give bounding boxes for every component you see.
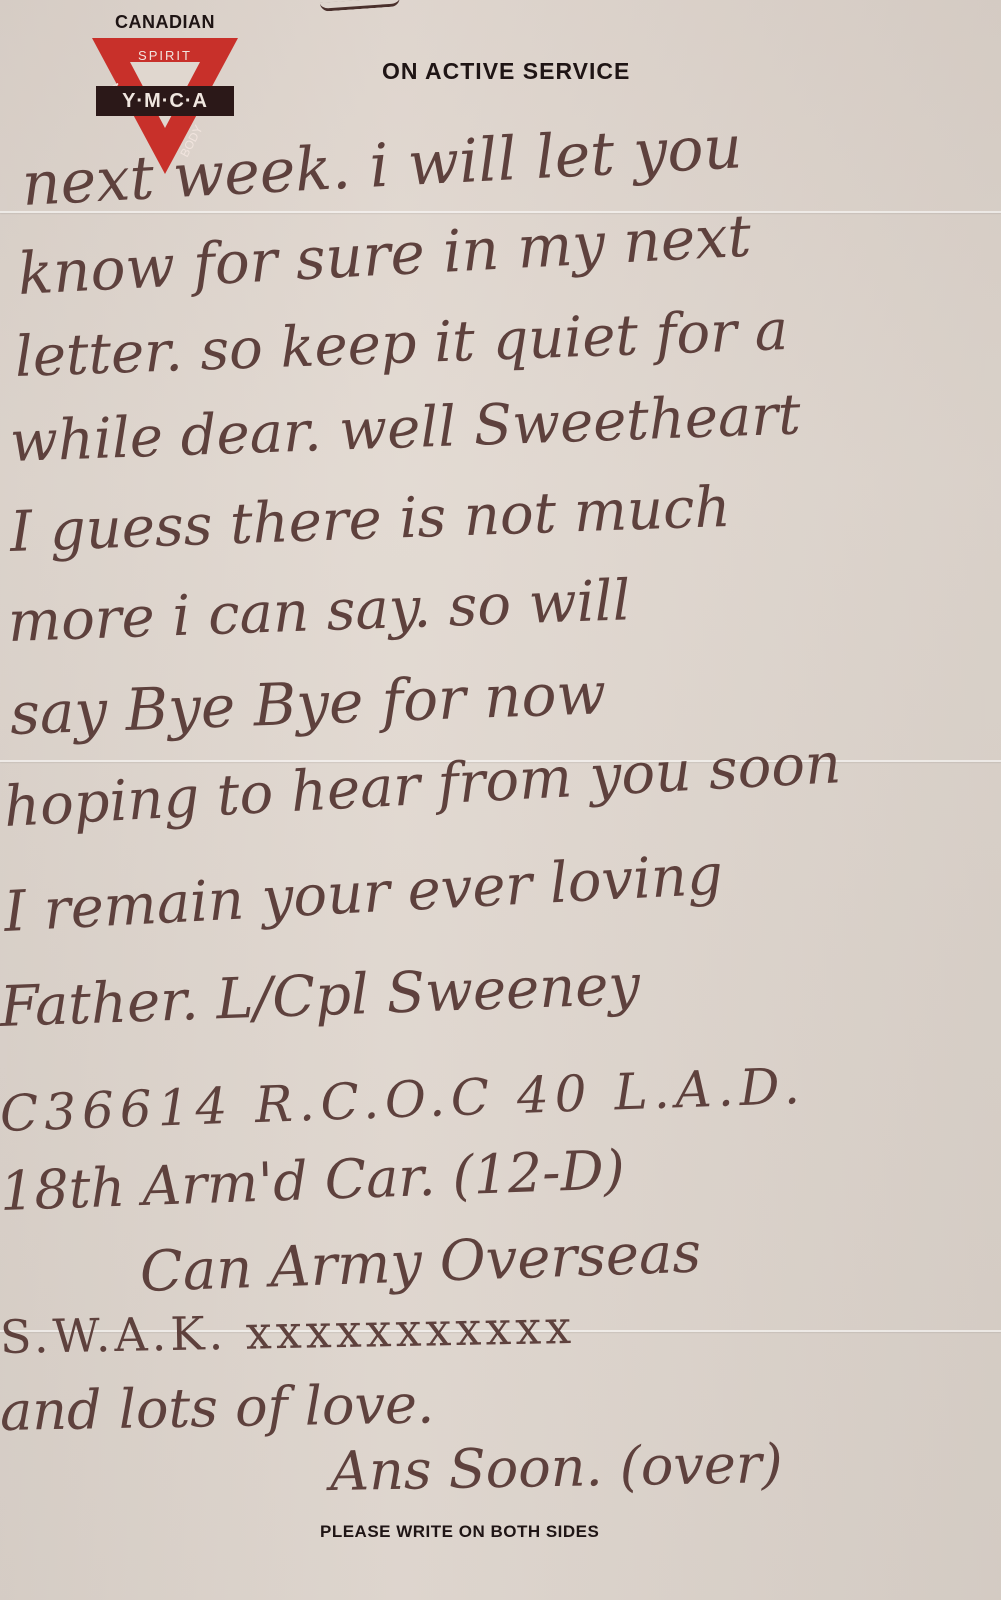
ink-stroke-top <box>320 0 400 12</box>
logo-spirit-text: SPIRIT <box>90 48 240 63</box>
logo-ymca-bar: Y·M·C·A <box>96 86 234 116</box>
letterhead-title: ON ACTIVE SERVICE <box>382 58 630 85</box>
letter-kisses-line: S.W.A.K. xxxxxxxxxxx <box>0 1300 576 1364</box>
letter-line: letter. so keep it quiet for a <box>14 298 789 390</box>
letter-line: and lots of love. <box>0 1372 435 1443</box>
logo-canadian-text: CANADIAN <box>102 12 228 33</box>
letter-address-line: Can Army Overseas <box>139 1220 702 1305</box>
letterhead-footer: PLEASE WRITE ON BOTH SIDES <box>320 1522 599 1542</box>
letter-line: hoping to hear from you soon <box>2 731 842 840</box>
letter-address-line: C36614 R.C.O.C 40 L.A.D. <box>0 1057 807 1143</box>
letter-signature: Father. L/Cpl Sweeney <box>0 953 641 1040</box>
letter-line: I remain your ever loving <box>2 842 724 945</box>
logo-ymca-text: Y·M·C·A <box>122 90 208 113</box>
letter-address-line: 18th Arm'd Car. (12-D) <box>0 1138 626 1223</box>
letter-line: I guess there is not much <box>9 475 732 565</box>
letter-line: while dear. well Sweetheart <box>9 382 802 475</box>
letter-postscript: Ans Soon. (over) <box>329 1432 783 1503</box>
letter-sheet: CANADIAN MIND BODY SPIRIT Y·M·C·A ON ACT… <box>0 0 1001 1600</box>
letter-line: know for sure in my next <box>16 202 752 308</box>
letter-line: say Bye Bye for now <box>9 659 607 748</box>
letter-line: more i can say. so will <box>7 568 632 655</box>
